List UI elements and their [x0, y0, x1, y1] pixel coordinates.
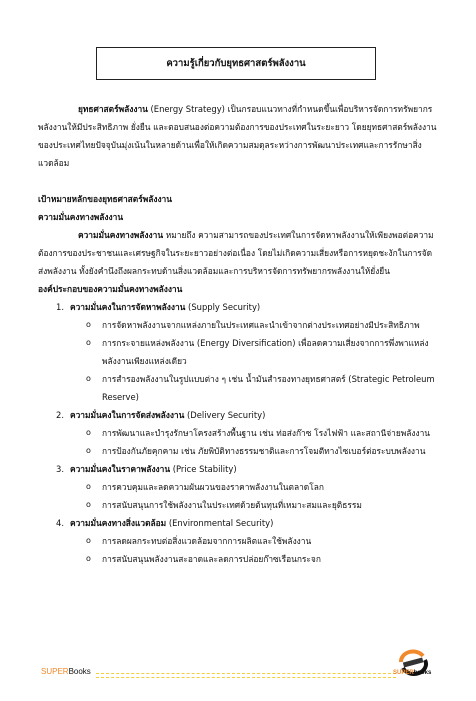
- sub-item: oการป้องกันภัยคุกคาม เช่น ภัยพิบัติทางธร…: [38, 442, 438, 460]
- component-number: 3.: [56, 460, 64, 478]
- component-sublist: oการควบคุมและลดความผันผวนของราคาพลังงานใ…: [38, 478, 438, 514]
- bullet-icon: o: [86, 334, 91, 352]
- component-english: (Supply Security): [185, 302, 260, 312]
- section-heading: เป้าหมายหลักของยุทธศาสตร์พลังงาน: [38, 190, 438, 208]
- brand-books: Books: [69, 667, 91, 676]
- component-number: 1.: [56, 298, 64, 316]
- components-list: 1. ความมั่นคงในการจัดหาพลังงาน (Supply S…: [38, 298, 438, 568]
- component-sublist: oการพัฒนาและบำรุงรักษาโครงสร้างพื้นฐาน เ…: [38, 424, 438, 460]
- intro-bold-lead: ยุทธศาสตร์พลังงาน: [78, 104, 148, 114]
- definition-bold-lead: ความมั่นคงทางพลังงาน: [78, 230, 163, 240]
- logo-text: SUPERbooks: [393, 670, 431, 676]
- logo-super: SUPER: [393, 670, 414, 676]
- bullet-icon: o: [86, 478, 91, 496]
- sub-item-text: การสนับสนุนพลังงานสะอาดและลดการปล่อยก๊าซ…: [102, 554, 321, 564]
- sub-item: oการควบคุมและลดความผันผวนของราคาพลังงานใ…: [38, 478, 438, 496]
- component-item: 3. ความมั่นคงในราคาพลังงาน (Price Stabil…: [38, 460, 438, 514]
- component-sublist: oการลดผลกระทบต่อสิ่งแวดล้อมจากการผลิตและ…: [38, 532, 438, 568]
- bullet-icon: o: [86, 532, 91, 550]
- component-title: ความมั่นคงในราคาพลังงาน: [70, 464, 170, 474]
- sub-item-text: การควบคุมและลดความผันผวนของราคาพลังงานใน…: [102, 482, 324, 492]
- footer-divider: [96, 673, 396, 678]
- component-title: ความมั่นคงในการจัดส่งพลังงาน: [70, 410, 184, 420]
- bullet-icon: o: [86, 316, 91, 334]
- bullet-icon: o: [86, 370, 91, 388]
- sub-item-text: การจัดหาพลังงานจากแหล่งภายในประเทศและนำเ…: [102, 320, 420, 330]
- bullet-icon: o: [86, 442, 91, 460]
- component-number: 2.: [56, 406, 64, 424]
- document-body: ยุทธศาสตร์พลังงาน (Energy Strategy) เป็น…: [38, 100, 438, 568]
- logo-books: books: [414, 670, 432, 676]
- sub-item: oการพัฒนาและบำรุงรักษาโครงสร้างพื้นฐาน เ…: [38, 424, 438, 442]
- sub-item-text: การสำรองพลังงานในรูปแบบต่าง ๆ เช่น น้ำมั…: [102, 374, 435, 402]
- footer-brand: SUPERBooks: [41, 667, 91, 676]
- intro-paragraph: ยุทธศาสตร์พลังงาน (Energy Strategy) เป็น…: [38, 100, 438, 172]
- sub-item-text: การพัฒนาและบำรุงรักษาโครงสร้างพื้นฐาน เช…: [102, 428, 430, 438]
- component-title: ความมั่นคงในการจัดหาพลังงาน: [70, 302, 185, 312]
- page-title: ความรู้เกี่ยวกับยุทธศาสตร์พลังงาน: [166, 56, 305, 71]
- sub-item: oการลดผลกระทบต่อสิ่งแวดล้อมจากการผลิตและ…: [38, 532, 438, 550]
- component-english: (Environmental Security): [166, 518, 273, 528]
- component-item: 4. ความมั่นคงทางสิ่งแวดล้อม (Environment…: [38, 514, 438, 568]
- definition-paragraph: ความมั่นคงทางพลังงาน หมายถึง ความสามารถข…: [38, 226, 438, 280]
- bullet-icon: o: [86, 424, 91, 442]
- title-box: ความรู้เกี่ยวกับยุทธศาสตร์พลังงาน: [96, 47, 376, 80]
- spacer: [38, 172, 438, 190]
- subsection-heading: ความมั่นคงทางพลังงาน: [38, 208, 438, 226]
- bullet-icon: o: [86, 550, 91, 568]
- component-sublist: oการจัดหาพลังงานจากแหล่งภายในประเทศและนำ…: [38, 316, 438, 406]
- sub-item: oการสนับสนุนการใช้พลังงานในประเทศด้วยต้น…: [38, 496, 438, 514]
- sub-item-text: การกระจายแหล่งพลังงาน (Energy Diversific…: [102, 338, 429, 366]
- sub-item: oการสำรองพลังงานในรูปแบบต่าง ๆ เช่น น้ำม…: [38, 370, 438, 406]
- component-title: ความมั่นคงทางสิ่งแวดล้อม: [70, 518, 166, 528]
- sub-item: oการสนับสนุนพลังงานสะอาดและลดการปล่อยก๊า…: [38, 550, 438, 568]
- component-item: 2. ความมั่นคงในการจัดส่งพลังงาน (Deliver…: [38, 406, 438, 460]
- component-english: (Price Stability): [170, 464, 237, 474]
- sub-item-text: การป้องกันภัยคุกคาม เช่น ภัยพิบัติทางธรร…: [102, 446, 425, 456]
- brand-super: SUPER: [41, 667, 69, 676]
- bullet-icon: o: [86, 496, 91, 514]
- document-page: ความรู้เกี่ยวกับยุทธศาสตร์พลังงาน ยุทธศา…: [0, 0, 476, 701]
- sub-item: oการกระจายแหล่งพลังงาน (Energy Diversifi…: [38, 334, 438, 370]
- component-item: 1. ความมั่นคงในการจัดหาพลังงาน (Supply S…: [38, 298, 438, 406]
- components-heading: องค์ประกอบของความมั่นคงทางพลังงาน: [38, 280, 438, 298]
- sub-item-text: การสนับสนุนการใช้พลังงานในประเทศด้วยต้นท…: [102, 500, 362, 510]
- component-number: 4.: [56, 514, 64, 532]
- sub-item: oการจัดหาพลังงานจากแหล่งภายในประเทศและนำ…: [38, 316, 438, 334]
- sub-item-text: การลดผลกระทบต่อสิ่งแวดล้อมจากการผลิตและใ…: [102, 536, 311, 546]
- component-english: (Delivery Security): [184, 410, 265, 420]
